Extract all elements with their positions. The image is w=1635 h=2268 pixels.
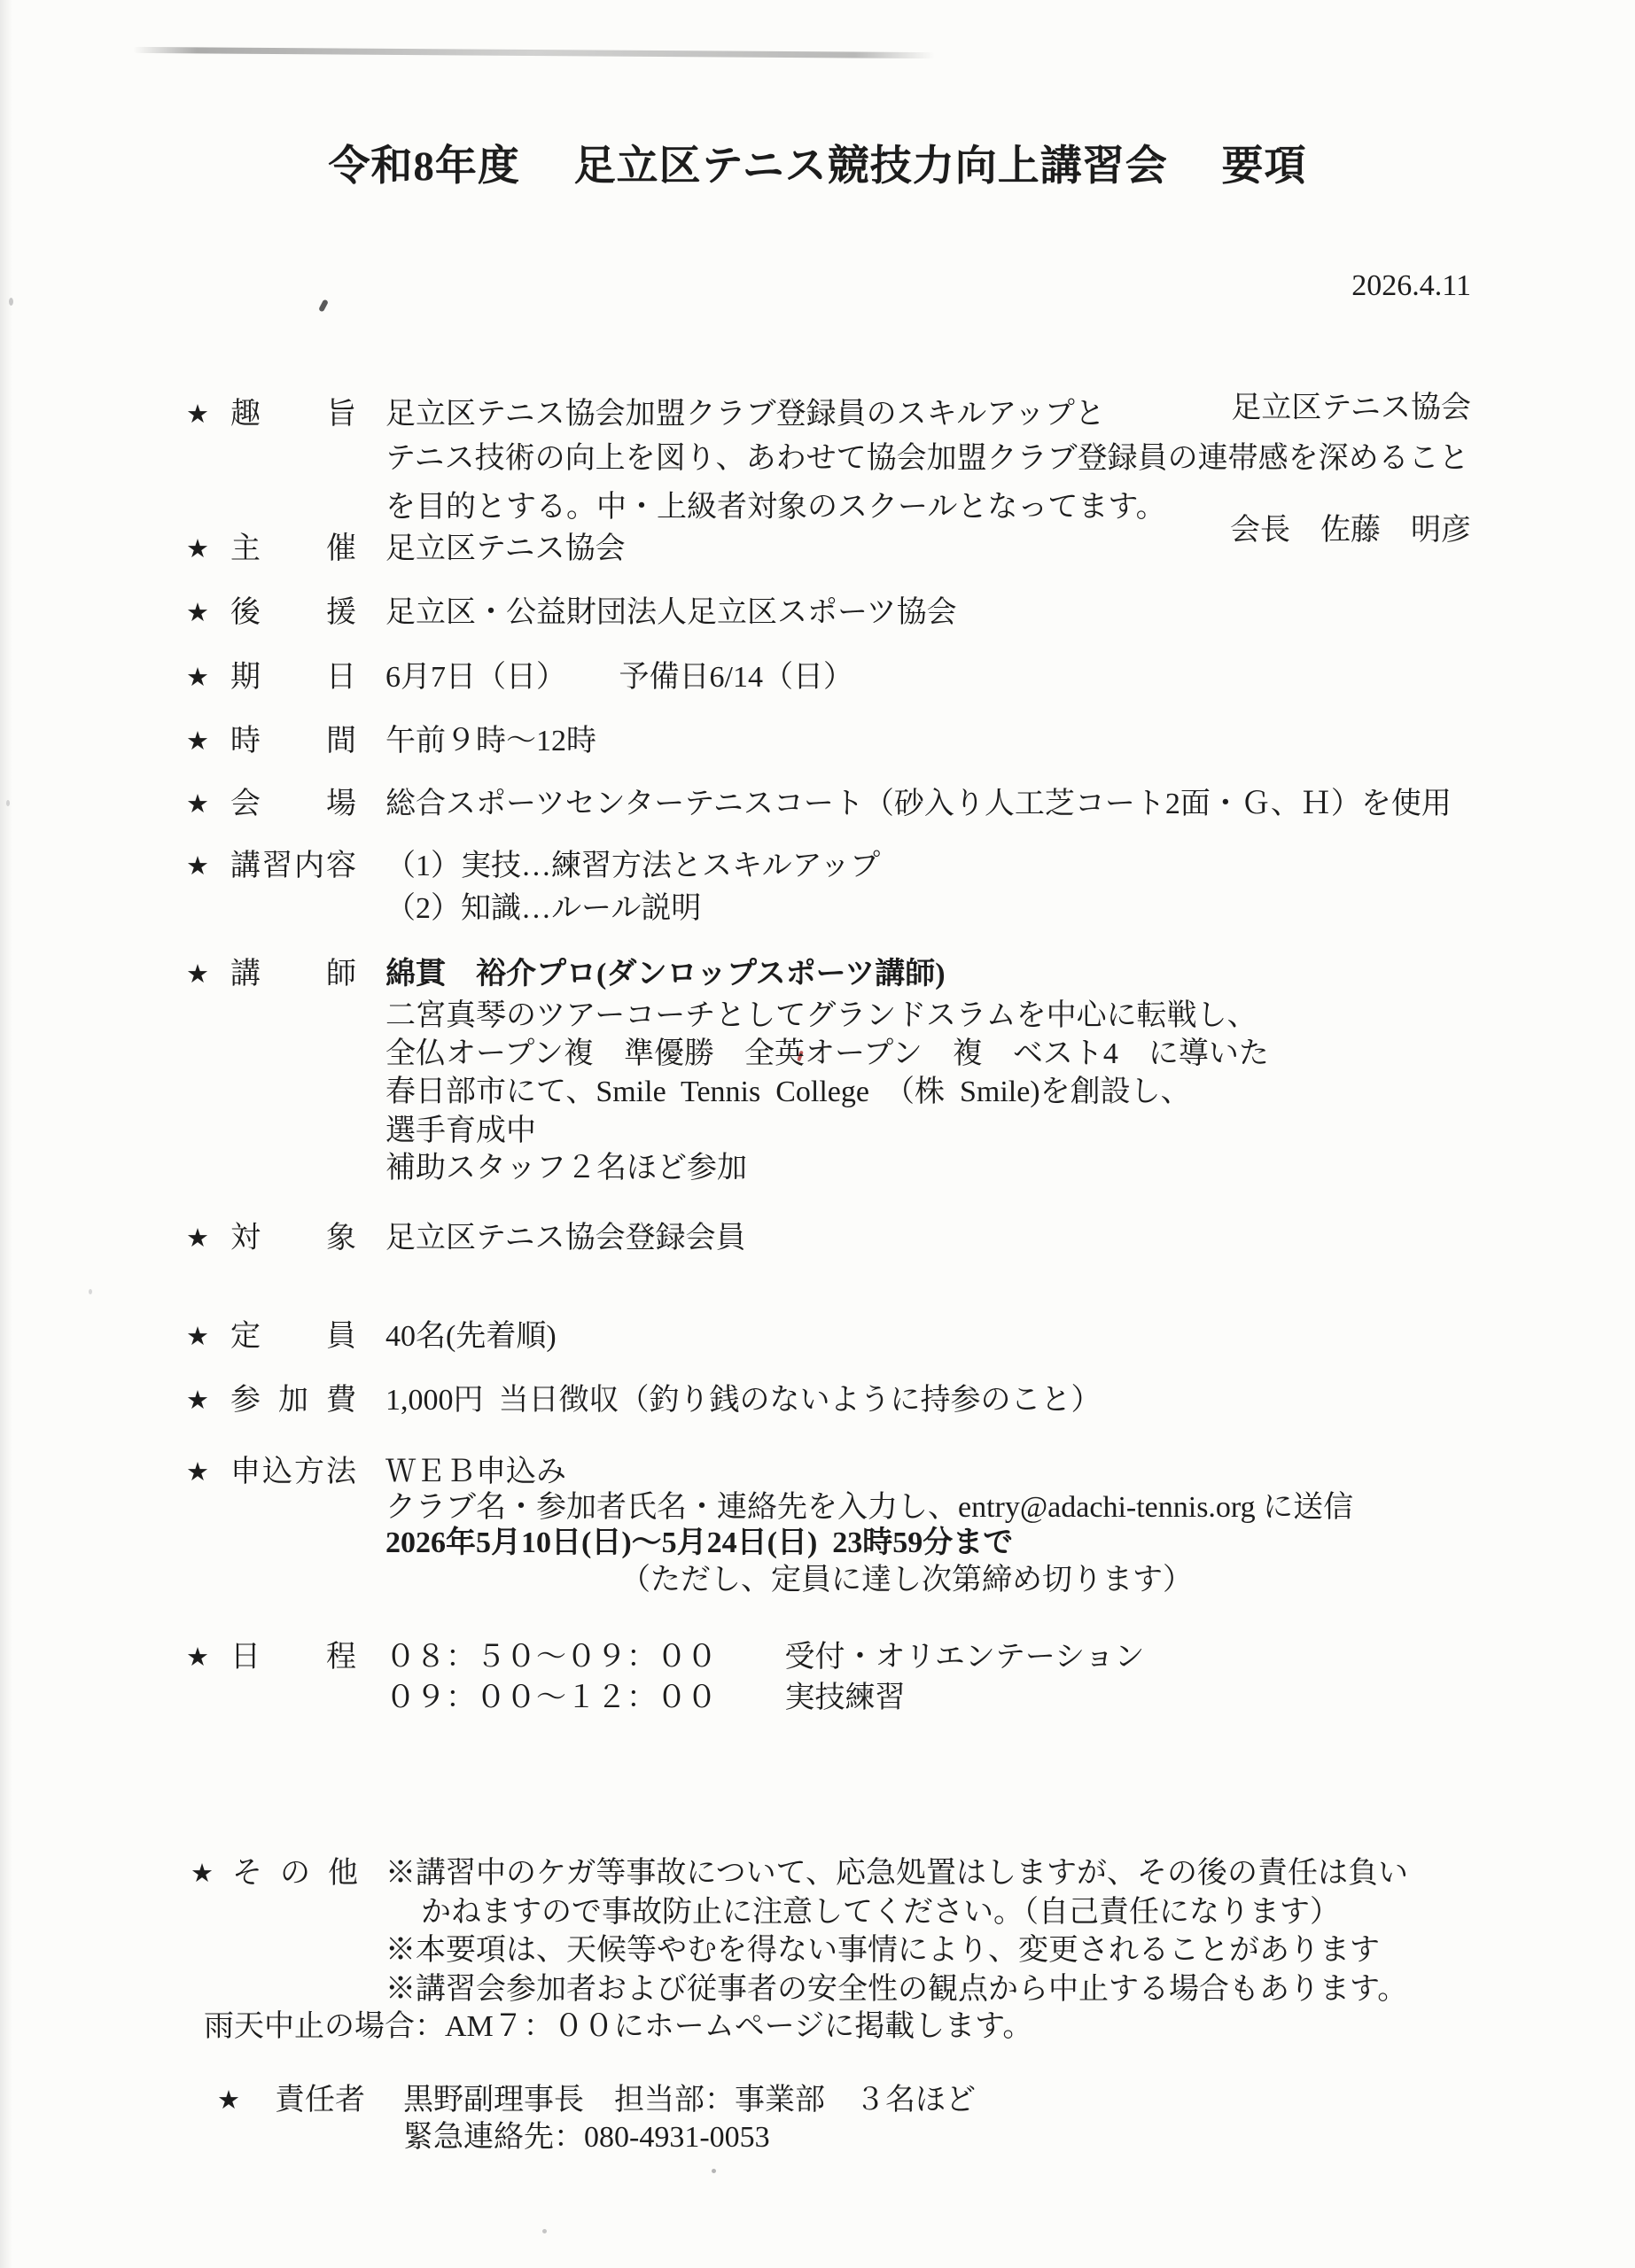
- issuer-organization: 足立区テニス協会: [1230, 388, 1471, 429]
- other-line-2: かねますので事故防止に注意してください。（自己責任になります）: [421, 1895, 1340, 1930]
- star-icon: ★: [217, 2083, 240, 2118]
- section-label-date: 期日: [230, 660, 356, 695]
- section-label-purpose: 趣旨: [230, 397, 356, 432]
- section-label-organizer: 主催: [230, 532, 356, 567]
- responsible-line-2: 緊急連絡先：080-4931-0053: [403, 2120, 770, 2155]
- fee-content: 1,000円 当日徴収（釣り銭のないように持参のこと）: [385, 1383, 1102, 1418]
- application-note: （ただし、定員に達し次第締め切ります）: [620, 1563, 1193, 1598]
- application-line-1: ＷＥＢ申込み: [385, 1455, 566, 1490]
- organizer-content: 足立区テニス協会: [385, 532, 626, 567]
- purpose-line-1: 足立区テニス協会加盟クラブ登録員のスキルアップと: [385, 397, 1105, 432]
- eligibility-content: 足立区テニス協会登録会員: [385, 1221, 746, 1256]
- star-icon: ★: [186, 849, 209, 884]
- schedule-line-2: ０９：００～１２：００ 実技練習: [385, 1681, 906, 1716]
- issuer-block: 2026.4.11 足立区テニス協会 会長 佐藤 明彦: [1230, 184, 1471, 633]
- application-line-2: クラブ名・参加者氏名・連絡先を入力し、entry@adachi-tennis.o…: [385, 1490, 1353, 1526]
- scan-speck: [89, 1289, 92, 1294]
- page-title: 令和8年度 足立区テニス競技力向上講習会 要項: [0, 133, 1635, 192]
- date-content: 6月7日（日） 予備日6/14（日）: [385, 660, 853, 695]
- issue-date: 2026.4.11: [1230, 266, 1471, 307]
- star-icon: ★: [186, 1383, 209, 1418]
- section-label-other: その他: [232, 1856, 358, 1891]
- star-icon: ★: [186, 1221, 209, 1256]
- section-label-instructor: 講師: [230, 957, 356, 992]
- purpose-line-3: を目的とする。中・上級者対象のスクールとなってます。: [385, 490, 1166, 525]
- issuer-chairman: 会長 佐藤 明彦: [1230, 510, 1471, 551]
- scan-speck: [542, 2229, 547, 2233]
- section-label-time: 時間: [230, 724, 356, 759]
- time-content: 午前９時～12時: [385, 724, 596, 759]
- section-label-eligibility: 対象: [230, 1221, 356, 1256]
- support-content: 足立区・公益財団法人足立区スポーツ協会: [385, 595, 957, 631]
- instructor-name: 綿貫 裕介プロ(ダンロップスポーツ講師): [385, 957, 946, 992]
- instructor-detail-3: 春日部市にて、Smile Tennis College （株 Smile)を創設…: [385, 1075, 1191, 1110]
- section-label-support: 後援: [230, 595, 356, 631]
- section-label-venue: 会場: [230, 787, 356, 822]
- section-label-schedule: 日程: [230, 1640, 356, 1675]
- instructor-detail-1: 二宮真琴のツアーコーチとしてグランドスラムを中心に転戦し、: [385, 998, 1257, 1034]
- star-icon: ★: [186, 1455, 209, 1490]
- star-icon: ★: [186, 397, 209, 432]
- responsible-line-1: 黒野副理事長 担当部：事業部 ３名ほど: [403, 2083, 976, 2118]
- scan-speck: [318, 299, 329, 312]
- section-label-fee: 参加費: [230, 1383, 356, 1418]
- scan-speck: [6, 800, 10, 806]
- section-label-responsible: 責任者: [275, 2083, 365, 2118]
- star-icon: ★: [186, 957, 209, 992]
- star-icon: ★: [186, 660, 209, 695]
- capacity-content: 40名(先着順): [385, 1319, 557, 1355]
- instructor-detail-5: 補助スタッフ２名ほど参加: [385, 1151, 747, 1186]
- star-icon: ★: [186, 724, 209, 759]
- star-icon: ★: [186, 595, 209, 631]
- star-icon: ★: [186, 787, 209, 822]
- venue-content: 総合スポーツセンターテニスコート（砂入り人工芝コート2面・Ｇ、Ｈ）を使用: [385, 787, 1452, 822]
- schedule-line-1: ０８：５０～０９：００ 受付・オリエンテーション: [385, 1640, 1144, 1675]
- other-line-1: ※講習中のケガ等事故について、応急処置はしますが、その後の責任は負い: [385, 1856, 1408, 1891]
- scan-edge-shadow: [0, 0, 12, 2268]
- scan-streak: [133, 47, 935, 58]
- other-line-4: ※講習会参加者および従事者の安全性の観点から中止する場合もあります。: [385, 1972, 1407, 2008]
- scan-speck: [712, 2169, 716, 2173]
- section-label-contents: 講習内容: [230, 849, 356, 884]
- purpose-line-2: テニス技術の向上を図り、あわせて協会加盟クラブ登録員の連帯感を深めること: [385, 441, 1469, 477]
- section-label-application: 申込方法: [230, 1455, 356, 1490]
- instructor-detail-4: 選手育成中: [385, 1114, 536, 1149]
- star-icon: ★: [186, 1319, 209, 1355]
- star-icon: ★: [186, 532, 209, 567]
- section-label-capacity: 定員: [230, 1319, 356, 1355]
- contents-line-1: （1）実技…練習方法とスキルアップ: [385, 849, 880, 884]
- scan-speck: [9, 298, 13, 306]
- star-icon: ★: [191, 1856, 214, 1891]
- rain-cancellation-note: 雨天中止の場合：AM７：００にホームページに掲載します。: [204, 2009, 1032, 2045]
- application-deadline: 2026年5月10日(日)～5月24日(日) 23時59分まで: [385, 1526, 1013, 1561]
- contents-line-2: （2）知識…ルール説明: [385, 891, 701, 927]
- star-icon: ★: [186, 1640, 209, 1675]
- other-line-3: ※本要項は、天候等やむを得ない事情により、変更されることがあります: [385, 1933, 1380, 1969]
- scanned-document-page: 令和8年度 足立区テニス競技力向上講習会 要項 2026.4.11 足立区テニス…: [0, 0, 1635, 2268]
- instructor-detail-2: 全仏オープン複 準優勝 全英オープン 複 ベスト4 に導いた: [385, 1037, 1269, 1072]
